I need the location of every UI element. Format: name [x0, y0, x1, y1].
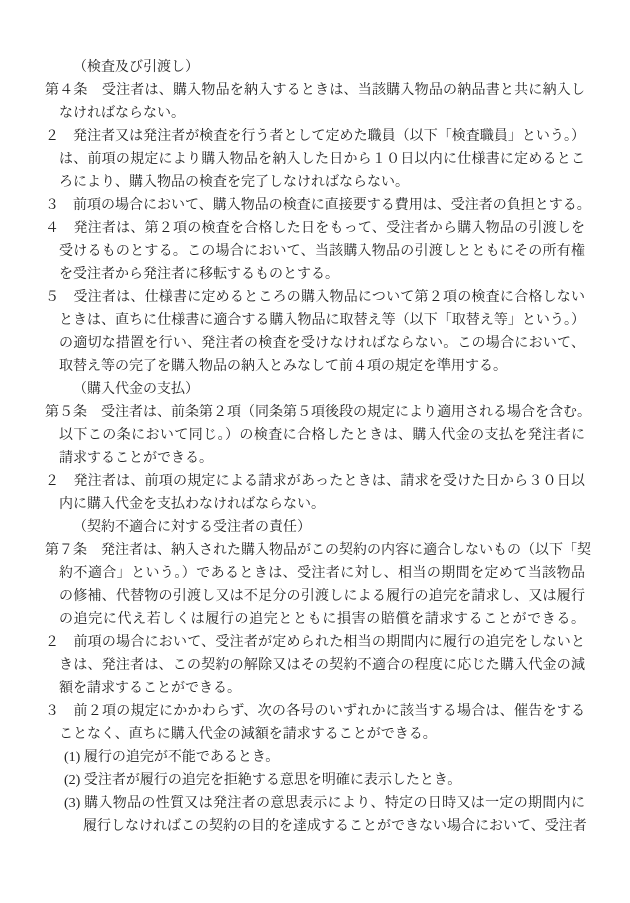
paragraph-2-line: ２ 発注者は、前項の規定による請求があったときは、請求を受けた日から３０日以: [45, 470, 585, 493]
text-line: 以下この条において同じ。）の検査に合格したときは、購入代金の支払を発注者に: [45, 424, 585, 447]
text-line: ろにより、購入物品の検査を完了しなければならない。: [45, 171, 585, 194]
text-line: 請求することができる。: [45, 447, 585, 470]
paragraph-3-line: ３ 前２項の規定にかかわらず、次の各号のいずれかに該当する場合は、催告をする: [45, 700, 585, 723]
text-line: 取替え等の完了を購入物品の納入とみなして前４項の規定を準用する。: [45, 355, 585, 378]
text-line: の追完に代え若しくは履行の追完とともに損害の賠償を請求することができる。: [45, 608, 585, 631]
section-heading-nonconformity: （契約不適合に対する受注者の責任）: [45, 516, 585, 539]
text-line: なければならない。: [45, 102, 585, 125]
document-page: （検査及び引渡し） 第４条 受注者は、購入物品を納入するときは、当該購入物品の納…: [0, 0, 630, 903]
paragraph-2-line: ２ 前項の場合において、受注者が定められた相当の期間内に履行の追完をしないと: [45, 631, 585, 654]
text-line: 内に購入代金を支払わなければならない。: [45, 493, 585, 516]
text-line: ときは、直ちに仕様書に適合する購入物品に取替え等（以下「取替え等」という。）: [45, 309, 585, 332]
paragraph-2-line: ２ 発注者又は発注者が検査を行う者として定めた職員（以下「検査職員」という。）: [45, 125, 585, 148]
paragraph-4-line: ４ 発注者は、第２項の検査を合格した日をもって、受注者から購入物品の引渡しを: [45, 217, 585, 240]
text-line: の修補、代替物の引渡し又は不足分の引渡しによる履行の追完を請求し、又は履行: [45, 585, 585, 608]
text-line: は、前項の規定により購入物品を納入した日から１０日以内に仕様書に定めるとこ: [45, 148, 585, 171]
paragraph-5-line: ５ 受注者は、仕様書に定めるところの購入物品について第２項の検査に合格しない: [45, 286, 585, 309]
text-line: ことなく、直ちに購入代金の減額を請求することができる。: [45, 723, 585, 746]
section-heading-inspection: （検査及び引渡し）: [45, 56, 585, 79]
section-heading-payment: （購入代金の支払）: [45, 378, 585, 401]
text-line: きは、発注者は、この契約の解除又はその契約不適合の程度に応じた購入代金の減: [45, 654, 585, 677]
item-3-line: (3) 購入物品の性質又は発注者の意思表示により、特定の日時又は一定の期間内に: [45, 792, 585, 815]
article-4-line: 第４条 受注者は、購入物品を納入するときは、当該購入物品の納品書と共に納入し: [45, 79, 585, 102]
text-line: 約不適合」という。）であるときは、受注者に対し、相当の期間を定めて当該物品: [45, 562, 585, 585]
item-3-continuation-line: 履行しなければこの契約の目的を達成することができない場合において、受注者: [45, 815, 585, 838]
text-line: を受注者から発注者に移転するものとする。: [45, 263, 585, 286]
item-1-line: (1) 履行の追完が不能であるとき。: [45, 746, 585, 769]
text-line: 額を請求することができる。: [45, 677, 585, 700]
paragraph-3-line: ３ 前項の場合において、購入物品の検査に直接要する費用は、受注者の負担とする。: [45, 194, 585, 217]
article-7-line: 第７条 発注者は、納入された購入物品がこの契約の内容に適合しないもの（以下「契: [45, 539, 585, 562]
text-line: 受けるものとする。この場合において、当該購入物品の引渡しとともにその所有権: [45, 240, 585, 263]
text-line: の適切な措置を行い、発注者の検査を受けなければならない。この場合において、: [45, 332, 585, 355]
document-text-block: （検査及び引渡し） 第４条 受注者は、購入物品を納入するときは、当該購入物品の納…: [45, 56, 585, 838]
article-5-line: 第５条 受注者は、前条第２項（同条第５項後段の規定により適用される場合を含む。: [45, 401, 585, 424]
item-2-line: (2) 受注者が履行の追完を拒絶する意思を明確に表示したとき。: [45, 769, 585, 792]
